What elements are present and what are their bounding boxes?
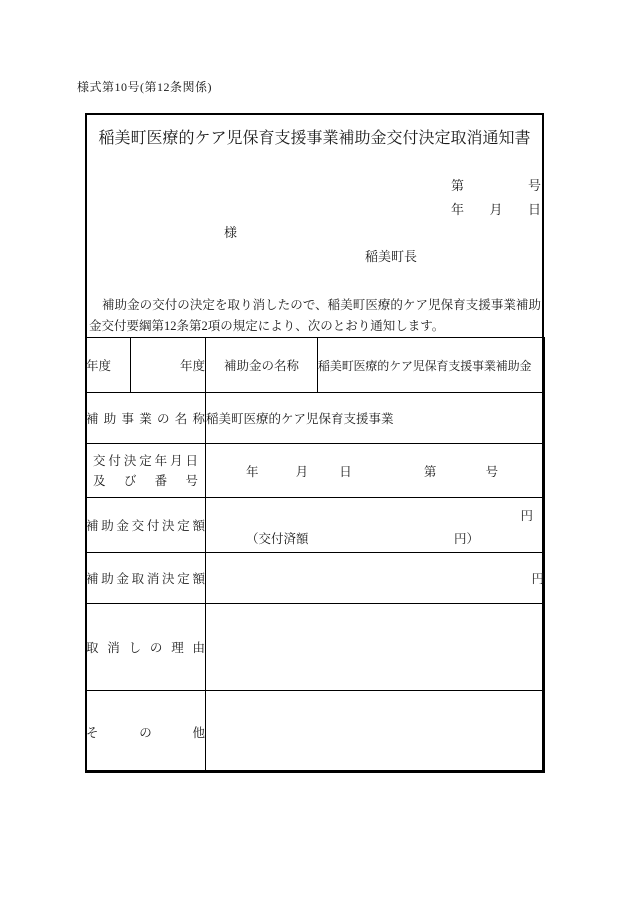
- project-name-label: 補助事業の名称: [86, 393, 206, 444]
- row-project-name: 補助事業の名称 稲美町医療的ケア児保育支援事業: [86, 393, 545, 444]
- paid-amount-prefix: （交付済額: [246, 529, 309, 547]
- document-page: 様式第10号(第12条関係) 稲美町医療的ケア児保育支援事業補助金交付決定取消通…: [0, 0, 630, 903]
- grant-decision-label-line1: 交付決定年月日: [86, 451, 205, 471]
- cancel-reason-value-cell: [206, 604, 545, 691]
- grant-decision-label-line2: 及び番号: [86, 471, 205, 491]
- doc-number-suffix: 号: [528, 175, 541, 194]
- row-grant-amount: 補助金交付決定額 円 （交付済額 円）: [86, 498, 545, 553]
- project-name-value: 稲美町医療的ケア児保育支援事業: [206, 393, 545, 444]
- subsidy-name-value: 稲美町医療的ケア児保育支援事業補助金: [318, 338, 545, 393]
- cancel-amount-value: 円: [206, 553, 545, 604]
- cancel-reason-label: 取消しの理由: [86, 604, 206, 691]
- grant-amount-value: 円 （交付済額 円）: [206, 498, 545, 553]
- date-day-label: 日: [528, 199, 541, 218]
- row-cancel-reason: 取消しの理由: [86, 604, 545, 691]
- decision-day-label: 日: [339, 462, 352, 480]
- document-title: 稲美町医療的ケア児保育支援事業補助金交付決定取消通知書: [87, 125, 542, 148]
- cancel-amount-label: 補助金取消決定額: [86, 553, 206, 604]
- date-year-label: 年: [451, 199, 464, 218]
- form-code: 様式第10号(第12条関係): [77, 78, 212, 95]
- subsidy-name-label: 補助金の名称: [206, 338, 318, 393]
- notice-table: 年度 年度 補助金の名称 稲美町医療的ケア児保育支援事業補助金 補助事業の名称 …: [85, 337, 545, 773]
- addressee-suffix: 様: [224, 222, 237, 241]
- grant-amount-unit: 円: [520, 506, 533, 524]
- paid-amount-suffix: 円）: [454, 529, 479, 547]
- document-date-line: 年 月 日: [451, 199, 541, 218]
- notice-outer-box: 稲美町医療的ケア児保育支援事業補助金交付決定取消通知書 第 号 年 月 日 様 …: [85, 113, 544, 772]
- other-value-cell: [206, 691, 545, 773]
- grant-decision-value: 年 月 日 第 号: [206, 444, 545, 498]
- fiscal-year-value-suffix: 年度: [131, 338, 206, 393]
- grant-amount-label: 補助金交付決定額: [86, 498, 206, 553]
- cancel-amount-unit: 円: [531, 572, 544, 586]
- decision-number-prefix: 第: [424, 462, 437, 480]
- decision-year-label: 年: [246, 462, 259, 480]
- doc-number-prefix: 第: [451, 175, 464, 194]
- document-number-line: 第 号: [451, 175, 541, 194]
- sender-title: 稲美町長: [365, 246, 417, 265]
- grant-decision-label: 交付決定年月日 及び番号: [86, 444, 206, 498]
- fiscal-year-label: 年度: [86, 338, 131, 393]
- row-fiscal-year: 年度 年度 補助金の名称 稲美町医療的ケア児保育支援事業補助金: [86, 338, 545, 393]
- date-month-label: 月: [489, 199, 502, 218]
- notice-body-text: 補助金の交付の決定を取り消したので、稲美町医療的ケア児保育支援事業補助金交付要綱…: [89, 295, 541, 337]
- decision-number-suffix: 号: [486, 462, 499, 480]
- grant-decision-value-line: 年 月 日 第 号: [206, 462, 544, 480]
- row-other: その他: [86, 691, 545, 773]
- row-grant-decision: 交付決定年月日 及び番号 年 月 日 第 号: [86, 444, 545, 498]
- decision-month-label: 月: [296, 462, 309, 480]
- row-cancel-amount: 補助金取消決定額 円: [86, 553, 545, 604]
- other-label: その他: [86, 691, 206, 773]
